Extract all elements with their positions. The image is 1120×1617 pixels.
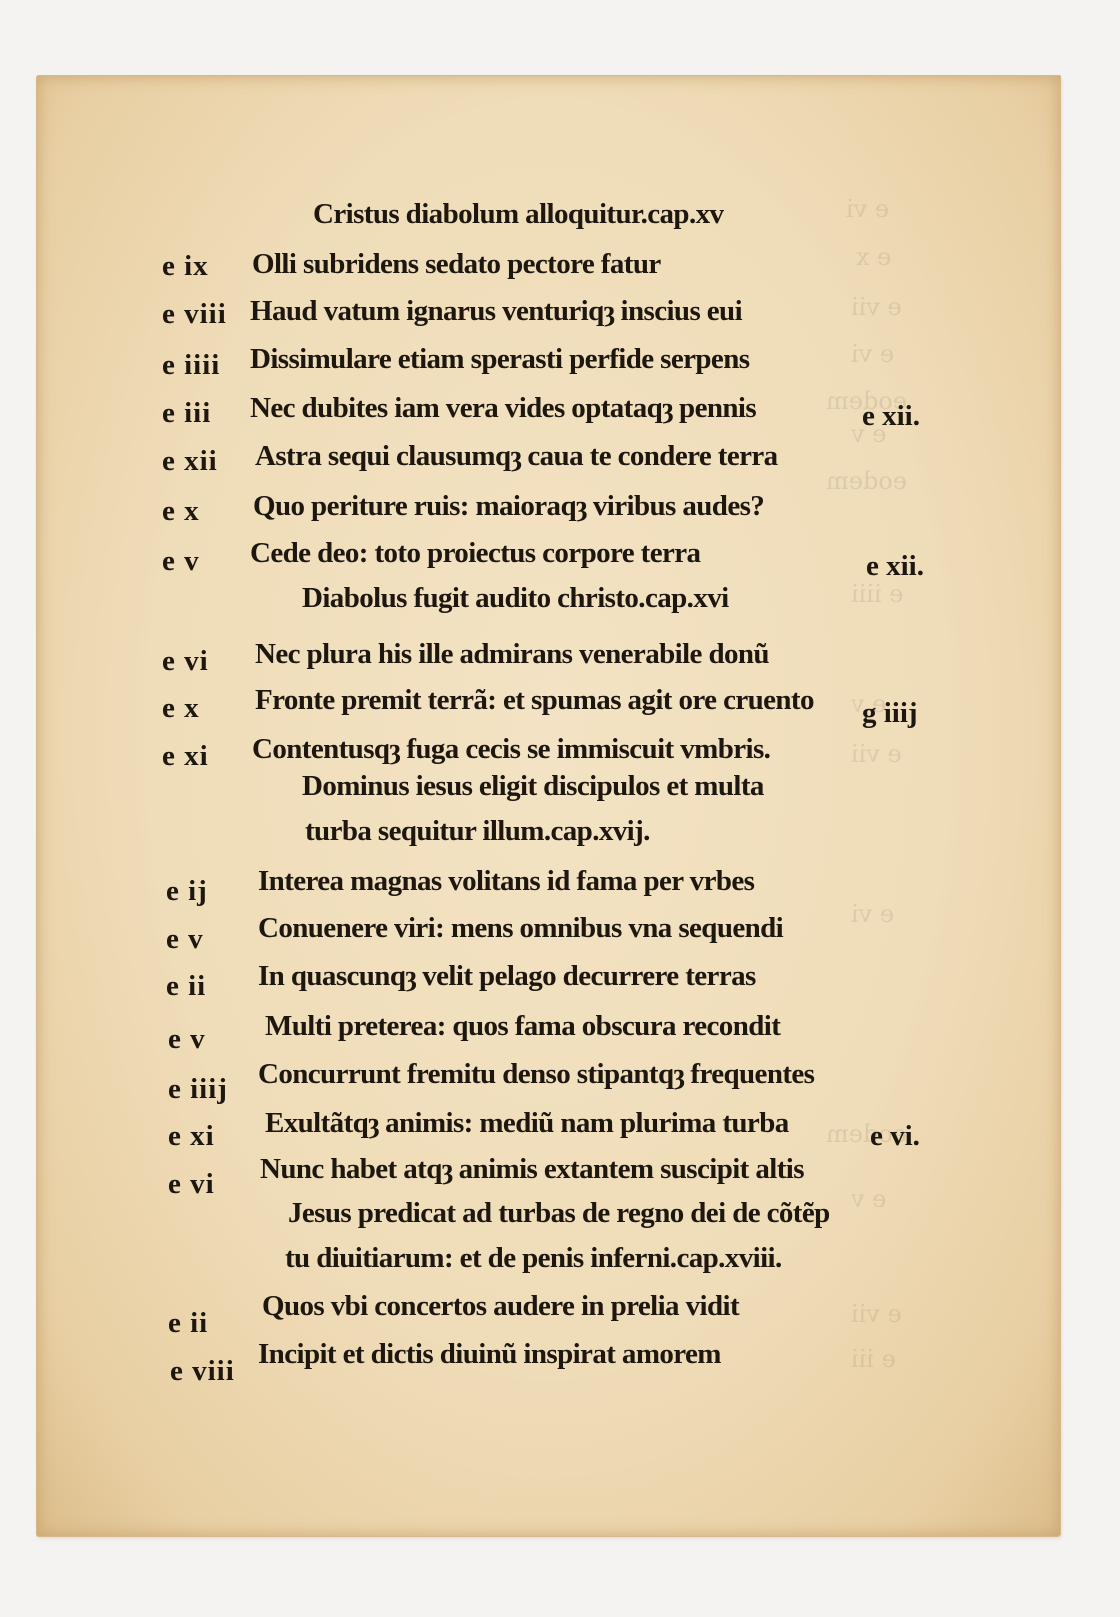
- verse-signature: e ij: [166, 875, 208, 908]
- verse-line: Incipit et dictis diuinũ inspirat amorem: [258, 1338, 721, 1371]
- chapter-heading: Cristus diabolum alloquitur.cap.xv: [313, 198, 723, 231]
- verse-signature: e iiii: [162, 349, 220, 382]
- verse-line: Nec dubites iam vera vides optataqȝ penn…: [250, 392, 756, 425]
- verse-signature: e v: [166, 923, 204, 956]
- verse-line: Quos vbi concertos audere in prelia vidi…: [262, 1290, 739, 1323]
- verse-signature: e xi: [168, 1120, 215, 1153]
- verse-signature: e ii: [166, 970, 206, 1003]
- verse-signature: e x: [162, 495, 200, 528]
- verse-signature: e vi: [168, 1168, 215, 1201]
- verse-line: Nec plura his ille admirans venerabile d…: [255, 638, 769, 671]
- show-through-text: eodem: [826, 467, 907, 495]
- verse-line: Olli subridens sedato pectore fatur: [252, 248, 661, 281]
- show-through-text: e vi: [851, 340, 894, 368]
- show-through-text: e v: [851, 1185, 886, 1213]
- verse-line: Dissimulare etiam sperasti perfide serpe…: [250, 343, 749, 376]
- verse-signature: e ix: [162, 250, 209, 283]
- verse-signature: e v: [168, 1023, 206, 1056]
- verse-line: Fronte premit terrã: et spumas agit ore …: [255, 684, 814, 717]
- show-through-text: e iiii: [851, 580, 904, 608]
- verse-line: Astra sequi clausumqȝ caua te condere te…: [255, 440, 778, 473]
- verse-signature: e v: [162, 545, 200, 578]
- margin-note: e xii.: [862, 400, 920, 433]
- verse-line: Interea magnas volitans id fama per vrbe…: [258, 865, 754, 898]
- verse-signature: e xii: [162, 445, 218, 478]
- verse-signature: e viii: [162, 298, 227, 331]
- verse-signature: e iii: [162, 397, 211, 430]
- verse-line: Concurrunt fremitu denso stipantqȝ frequ…: [258, 1058, 814, 1091]
- verse-line: Multi preterea: quos fama obscura recond…: [265, 1010, 780, 1043]
- verse-line: Conuenere viri: mens omnibus vna sequend…: [258, 912, 783, 945]
- show-through-text: e vi: [846, 195, 889, 223]
- verse-line: Haud vatum ignarus venturiqȝ inscius eui: [250, 295, 742, 328]
- show-through-text: e vii: [851, 740, 902, 768]
- verse-line: Exultãtqȝ animis: mediũ nam plurima turb…: [265, 1107, 789, 1140]
- verse-signature: e viii: [170, 1355, 235, 1388]
- chapter-heading: turba sequitur illum.cap.xvij.: [305, 815, 650, 848]
- verse-signature: e iiij: [168, 1073, 228, 1106]
- chapter-heading: tu diuitiarum: et de penis inferni.cap.x…: [285, 1242, 782, 1275]
- margin-note: g iiij: [862, 697, 918, 730]
- verse-signature: e x: [162, 692, 200, 725]
- margin-note: e vi.: [870, 1120, 920, 1153]
- verse-line: Contentusqȝ fuga cecis se immiscuit vmbr…: [252, 733, 770, 766]
- verse-line: In quascunqȝ velit pelago decurrere terr…: [258, 960, 756, 993]
- chapter-heading: Dominus iesus eligit discipulos et multa: [302, 770, 764, 803]
- show-through-text: e vii: [851, 293, 902, 321]
- chapter-heading: Jesus predicat ad turbas de regno dei de…: [288, 1197, 830, 1230]
- show-through-text: e iii: [851, 1345, 896, 1373]
- chapter-heading: Diabolus fugit audito christo.cap.xvi: [302, 582, 729, 615]
- verse-line: Quo periture ruis: maioraqȝ viribus aude…: [253, 490, 764, 523]
- show-through-text: e x: [856, 243, 891, 271]
- show-through-text: e vi: [851, 900, 894, 928]
- verse-signature: e ii: [168, 1307, 208, 1340]
- verse-line: Cede deo: toto proiectus corpore terra: [250, 537, 700, 570]
- show-through-text: e vii: [851, 1300, 902, 1328]
- verse-line: Nunc habet atqȝ animis extantem suscipit…: [260, 1153, 804, 1186]
- margin-note: e xii.: [866, 550, 924, 583]
- verse-signature: e xi: [162, 740, 209, 773]
- verse-signature: e vi: [162, 645, 209, 678]
